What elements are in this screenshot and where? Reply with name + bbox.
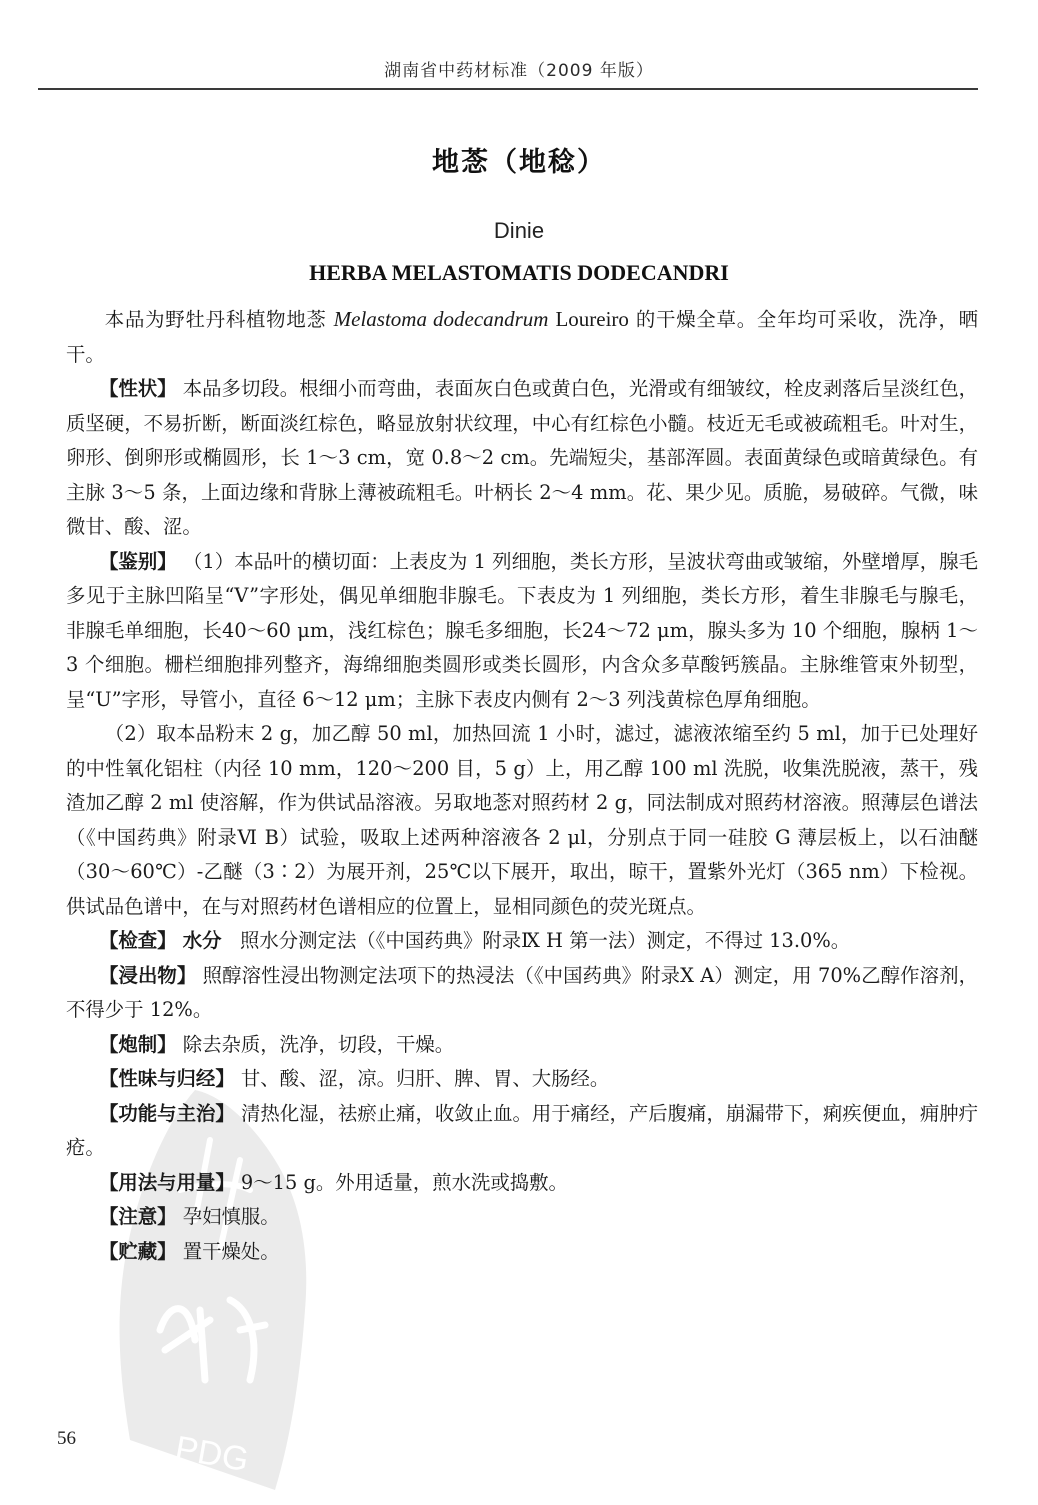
monograph-body: 本品为野牡丹科植物地菍 Melastoma dodecandrum Lourei… — [66, 302, 978, 1269]
intro-paragraph: 本品为野牡丹科植物地菍 Melastoma dodecandrum Lourei… — [66, 302, 978, 372]
running-header: 湖南省中药材标准（2009 年版） — [0, 56, 1038, 81]
section-nature: 【性味与归经】 甘、酸、涩，凉。归肝、脾、胃、大肠经。 — [66, 1062, 978, 1097]
section-extract: 【浸出物】 照醇溶性浸出物测定法项下的热浸法（《中国药典》附录Ⅹ A）测定，用 … — [66, 959, 978, 1028]
section-text: 甘、酸、涩，凉。归肝、脾、胃、大肠经。 — [241, 1067, 609, 1090]
section-inspection: 【检查】 水分 照水分测定法（《中国药典》附录Ⅸ H 第一法）测定，不得过 13… — [66, 924, 978, 959]
section-sublabel: 水分 — [183, 929, 222, 952]
section-label: 【注意】 — [99, 1205, 177, 1228]
section-identification-1: 【鉴别】 （1）本品叶的横切面：上表皮为 1 列细胞，类长方形，呈波状弯曲或皱缩… — [66, 545, 978, 718]
section-text: 本品多切段。根细小而弯曲，表面灰白色或黄白色，光滑或有细皱纹，栓皮剥落后呈淡红色… — [66, 377, 978, 538]
intro-prefix: 本品为野牡丹科植物地菍 — [105, 308, 327, 331]
section-text: （2）取本品粉末 2 g，加乙醇 50 ml，加热回流 1 小时，滤过，滤液浓缩… — [66, 722, 978, 918]
section-functions: 【功能与主治】 清热化湿，祛瘀止痛，收敛止血。用于痛经，产后腹痛，崩漏带下，痢疾… — [66, 1097, 978, 1166]
section-text: 置干燥处。 — [183, 1240, 280, 1263]
pinyin-name: Dinie — [0, 218, 1038, 244]
section-label: 【功能与主治】 — [99, 1102, 235, 1125]
section-label: 【贮藏】 — [99, 1240, 177, 1263]
species-author: Loureiro — [555, 307, 628, 331]
section-label: 【性味与归经】 — [99, 1067, 235, 1090]
section-identification-2: （2）取本品粉末 2 g，加乙醇 50 ml，加热回流 1 小时，滤过，滤液浓缩… — [66, 717, 978, 924]
section-caution: 【注意】 孕妇慎服。 — [66, 1200, 978, 1235]
section-processing: 【炮制】 除去杂质，洗净，切段，干燥。 — [66, 1028, 978, 1063]
section-label: 【炮制】 — [99, 1033, 177, 1056]
section-label: 【检查】 — [99, 929, 177, 952]
section-text: 照水分测定法（《中国药典》附录Ⅸ H 第一法）测定，不得过 13.0%。 — [240, 929, 850, 952]
section-text: 孕妇慎服。 — [183, 1205, 280, 1228]
section-dosage: 【用法与用量】 9～15 g。外用适量，煎水洗或捣敷。 — [66, 1166, 978, 1201]
species-name: Melastoma dodecandrum — [334, 307, 549, 331]
section-text: 照醇溶性浸出物测定法项下的热浸法（《中国药典》附录Ⅹ A）测定，用 70%乙醇作… — [66, 964, 978, 1022]
section-text: 9～15 g。外用适量，煎水洗或捣敷。 — [241, 1171, 568, 1194]
section-storage: 【贮藏】 置干燥处。 — [66, 1235, 978, 1270]
page-number: 56 — [57, 1428, 76, 1450]
latin-name: HERBA MELASTOMATIS DODECANDRI — [0, 260, 1038, 286]
section-label: 【鉴别】 — [99, 550, 177, 573]
section-label: 【浸出物】 — [99, 964, 196, 987]
header-rule — [38, 88, 978, 90]
page-title: 地菍（地稔） — [0, 140, 1038, 179]
section-characters: 【性状】 本品多切段。根细小而弯曲，表面灰白色或黄白色，光滑或有细皱纹，栓皮剥落… — [66, 372, 978, 545]
svg-text:PDG: PDG — [172, 1429, 251, 1479]
section-label: 【性状】 — [99, 377, 177, 400]
section-text: 除去杂质，洗净，切段，干燥。 — [183, 1033, 454, 1056]
section-label: 【用法与用量】 — [99, 1171, 235, 1194]
section-text: （1）本品叶的横切面：上表皮为 1 列细胞，类长方形，呈波状弯曲或皱缩，外壁增厚… — [66, 550, 978, 711]
